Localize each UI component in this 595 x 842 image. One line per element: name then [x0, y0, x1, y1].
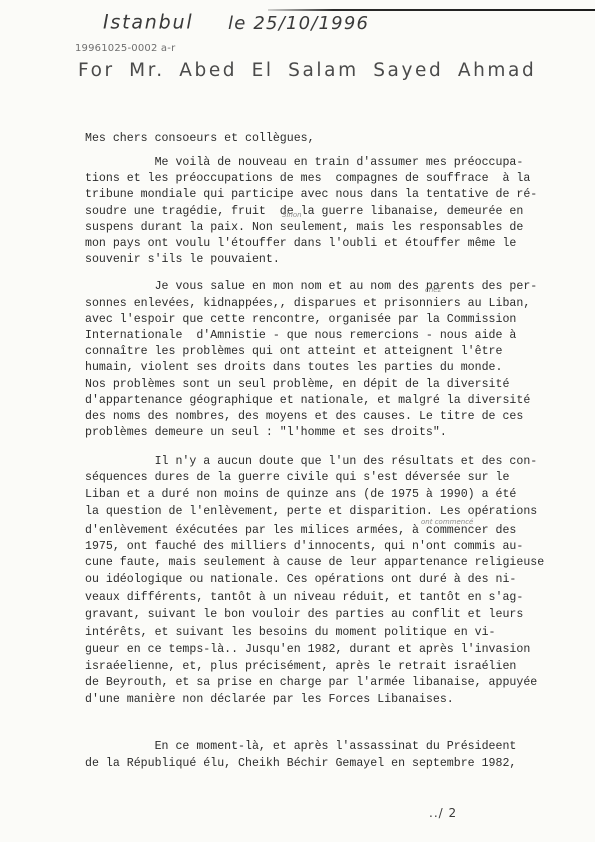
annotation-above-a-commencer: ont commencé	[421, 518, 473, 526]
paragraph-2-line: problèmes demeure un seul : "l'homme et …	[85, 426, 447, 439]
paragraph-4-line: de la Républiqué élu, Cheikh Béchir Gema…	[85, 757, 516, 770]
paragraph-2-line: sonnes enlevées, kidnappées,, disparues …	[85, 297, 530, 310]
paragraph-3-line: la question de l'enlèvement, perte et di…	[85, 505, 537, 518]
annotation-above-prisonniers: chez	[425, 286, 441, 294]
paragraph-2-line: humain, violent ses droits dans toutes l…	[85, 361, 502, 374]
paragraph-3-line: israéelienne, et, plus précisément, aprè…	[85, 660, 516, 673]
paragraph-2-line: connaître les problèmes qui ont atteint …	[85, 345, 502, 358]
paragraph-2-line: d'appartenance géographique et nationale…	[85, 394, 530, 407]
paragraph-3-line: ou idéologique ou nationale. Ces opérati…	[85, 573, 516, 586]
page-continuation: ../ 2	[429, 806, 457, 820]
paragraph-1-line: soudre une tragédie, fruit de la guerre …	[85, 205, 523, 218]
paragraph-3-line: Liban et a duré non moins de quinze ans …	[85, 488, 516, 501]
paragraph-3-line: intérêts, et suivant les besoins du mome…	[85, 626, 496, 639]
handwritten-date: le 25/10/1996	[228, 13, 369, 34]
paragraph-3-line: 1975, ont fauché des milliers d'innocent…	[85, 540, 523, 553]
paragraph-2-line: Je vous salue en mon nom et au nom des p…	[85, 280, 537, 293]
document-page: Istanbul le 25/10/1996 19961025-0002 a-r…	[0, 0, 595, 842]
paragraph-3-line: Il n'y a aucun doute que l'un des résult…	[85, 455, 537, 468]
paragraph-1-line: Me voilà de nouveau en train d'assumer m…	[85, 156, 523, 169]
paragraph-3-line: gueur en ce temps-là.. Jusqu'en 1982, du…	[85, 643, 530, 656]
paragraph-3-line: d'une manière non déclarée par les Force…	[85, 693, 454, 706]
paragraph-1-line: suspens durant la paix. Non seulement, m…	[85, 221, 523, 234]
paragraph-1-line: souvenir s'ils le pouvaient.	[85, 253, 280, 266]
paragraph-1-line: mon pays ont voulu l'étouffer dans l'oub…	[85, 237, 516, 250]
paragraph-2-line: avec l'espoir que cette rencontre, organ…	[85, 313, 516, 326]
salutation: Mes chers consoeurs et collègues,	[85, 132, 315, 145]
annotation-above-non-seulement: Sinon	[282, 211, 302, 219]
paragraph-3-line: cune faute, mais seulement à cause de le…	[85, 556, 544, 569]
handwritten-place: Istanbul	[103, 10, 193, 33]
scan-top-edge	[268, 9, 595, 11]
handwritten-recipient: For Mr. Abed El Salam Sayed Ahmad	[78, 60, 536, 81]
paragraph-1-line: tribune mondiale qui participe avec nous…	[85, 188, 537, 201]
paragraph-3-line: séquences dures de la guerre civile qui …	[85, 471, 509, 484]
paragraph-3-line: de Beyrouth, et sa prise en charge par l…	[85, 676, 537, 689]
paragraph-4-line: En ce moment-là, et après l'assassinat d…	[85, 740, 516, 753]
paragraph-2-line: Nos problèmes sont un seul problème, en …	[85, 378, 509, 391]
paragraph-3-line: veaux différents, tantôt à un niveau réd…	[85, 591, 523, 604]
paragraph-1-line: tions et les préoccupations de mes compa…	[85, 172, 530, 185]
handwritten-reference: 19961025-0002 a-r	[75, 43, 175, 54]
paragraph-2-line: des noms des nombres, des moyens et des …	[85, 410, 523, 423]
paragraph-3-line: gravant, suivant le bon vouloir des part…	[85, 608, 523, 621]
paragraph-2-line: Internationale d'Amnistie - que nous rem…	[85, 329, 516, 342]
